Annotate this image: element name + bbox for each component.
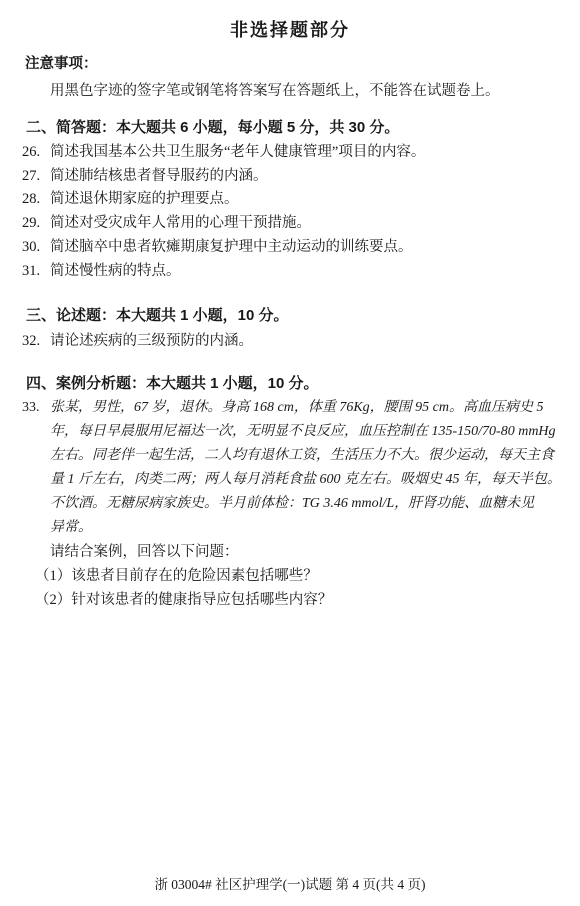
question-32-text: 请论述疾病的三级预防的内涵。 bbox=[50, 333, 253, 349]
question-30-number: 30. bbox=[22, 236, 40, 260]
question-29: 29. 简述对受灾成年人常用的心理干预措施。 bbox=[0, 212, 580, 236]
exam-page: 非选择题部分 注意事项： 用黑色字迹的签字笔或钢笔将答案写在答题纸上，不能答在试… bbox=[0, 0, 580, 906]
question-32-number: 32. bbox=[22, 330, 40, 354]
short-answer-question-list: 26. 简述我国基本公共卫生服务“老年人健康管理”项目的内容。 27. 简述肺结… bbox=[0, 141, 580, 283]
section-4-heading: 四、案例分析题：本大题共 1 小题，10 分。 bbox=[26, 373, 580, 395]
question-31: 31. 简述慢性病的特点。 bbox=[0, 260, 580, 284]
question-31-number: 31. bbox=[22, 260, 40, 284]
notice-body: 用黑色字迹的签字笔或钢笔将答案写在答题纸上，不能答在试题卷上。 bbox=[50, 81, 580, 101]
question-33: 33. 张某，男性，67 岁，退休。身高 168 cm，体重 76Kg，腰围 9… bbox=[0, 396, 580, 612]
case-narrative-line-1: 33. 张某，男性，67 岁，退休。身高 168 cm，体重 76Kg，腰围 9… bbox=[0, 396, 580, 420]
question-29-number: 29. bbox=[22, 212, 40, 236]
case-narrative-line-2: 年，每日早晨服用尼福达一次，无明显不良反应，血压控制在 135-150/70-8… bbox=[0, 420, 580, 444]
case-narrative-line-4: 量 1 斤左右，肉类二两；两人每月消耗食盐 600 克左右。吸烟史 45 年，每… bbox=[0, 468, 580, 492]
page-footer: 浙 03004# 社区护理学(一)试题 第 4 页(共 4 页) bbox=[0, 877, 580, 893]
notice-heading: 注意事项： bbox=[25, 54, 580, 74]
question-32: 32. 请论述疾病的三级预防的内涵。 bbox=[0, 330, 580, 354]
question-26-number: 26. bbox=[22, 141, 40, 165]
page-title: 非选择题部分 bbox=[0, 0, 580, 41]
question-30: 30. 简述脑卒中患者软瘫期康复护理中主动运动的训练要点。 bbox=[0, 236, 580, 260]
question-27-number: 27. bbox=[22, 165, 40, 189]
case-narrative-line-5: 不饮酒。无糖尿病家族史。半月前体检：TG 3.46 mmol/L，肝肾功能、血糖… bbox=[0, 492, 580, 516]
question-30-text: 简述脑卒中患者软瘫期康复护理中主动运动的训练要点。 bbox=[50, 239, 413, 255]
section-3-heading: 三、论述题：本大题共 1 小题，10 分。 bbox=[26, 305, 580, 327]
question-33-number: 33. bbox=[22, 396, 40, 420]
section-2-heading: 二、简答题：本大题共 6 小题，每小题 5 分，共 30 分。 bbox=[26, 117, 580, 139]
case-subquestion-1: （1）该患者目前存在的危险因素包括哪些？ bbox=[0, 564, 580, 588]
case-subquestion-2: （2）针对该患者的健康指导应包括哪些内容？ bbox=[0, 588, 580, 612]
case-line-1-text: 张某，男性，67 岁，退休。身高 168 cm，体重 76Kg，腰围 95 cm… bbox=[50, 400, 544, 415]
question-26: 26. 简述我国基本公共卫生服务“老年人健康管理”项目的内容。 bbox=[0, 141, 580, 165]
case-narrative-line-3: 左右。同老伴一起生活，二人均有退休工资，生活压力不大。很少运动，每天主食 bbox=[0, 444, 580, 468]
question-28: 28. 简述退休期家庭的护理要点。 bbox=[0, 188, 580, 212]
question-27: 27. 简述肺结核患者督导服药的内涵。 bbox=[0, 165, 580, 189]
question-28-number: 28. bbox=[22, 188, 40, 212]
question-31-text: 简述慢性病的特点。 bbox=[50, 263, 181, 279]
case-narrative-line-6: 异常。 bbox=[0, 516, 580, 540]
question-28-text: 简述退休期家庭的护理要点。 bbox=[50, 191, 239, 207]
case-prompt: 请结合案例，回答以下问题： bbox=[0, 540, 580, 564]
question-29-text: 简述对受灾成年人常用的心理干预措施。 bbox=[50, 215, 311, 231]
question-26-text: 简述我国基本公共卫生服务“老年人健康管理”项目的内容。 bbox=[50, 144, 425, 160]
question-27-text: 简述肺结核患者督导服药的内涵。 bbox=[50, 168, 268, 184]
